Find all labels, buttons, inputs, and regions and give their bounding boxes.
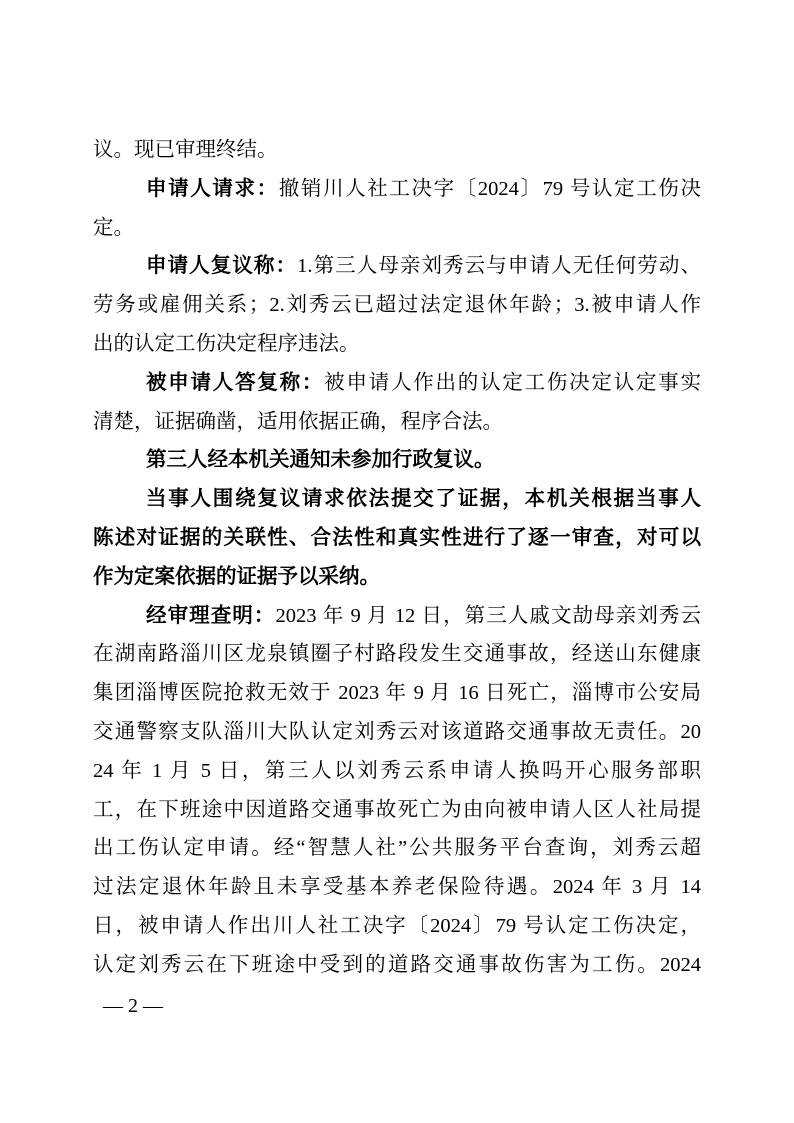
text-segment: 工，在下班途中因道路交通事故死亡为由向被申请人区人社局提 xyxy=(93,799,701,821)
text-segment: 交通警察支队淄川大队认定刘秀云对该道路交通事故无责任。20 xyxy=(93,721,701,743)
text-line: 清楚，证据确凿，适用依据正确，程序合法。 xyxy=(93,403,701,442)
text-segment: 出工伤认定申请。经“智慧人社”公共服务平台查询，刘秀云超 xyxy=(93,837,701,859)
text-segment: 清楚，证据确凿，适用依据正确，程序合法。 xyxy=(93,411,503,433)
text-segment: 2023 年 9 月 12 日，第三人戚文劼母亲刘秀云 xyxy=(276,605,702,627)
bold-text-segment: 作为定案依据的证据予以采纳。 xyxy=(93,565,380,588)
text-segment: 定。 xyxy=(93,217,134,239)
document-body: 议。现已审理终结。申请人请求：撤销川人社工决字〔2024〕79 号认定工伤决定。… xyxy=(93,131,701,985)
text-segment: 被申请人作出的认定工伤决定认定事实 xyxy=(324,372,701,394)
bold-text-segment: 被申请人答复称： xyxy=(146,371,324,394)
bold-text-segment: 申请人复议称： xyxy=(146,254,297,277)
text-line: 经审理查明：2023 年 9 月 12 日，第三人戚文劼母亲刘秀云 xyxy=(93,597,701,636)
text-line: 当事人围绕复议请求依法提交了证据，本机关根据当事人 xyxy=(93,480,701,519)
text-line: 在湖南路淄川区龙泉镇圈子村路段发生交通事故，经送山东健康 xyxy=(93,635,701,674)
bold-text-segment: 陈述对证据的关联性、合法性和真实性进行了逐一审查，对可以 xyxy=(93,526,701,549)
text-line: 出的认定工伤决定程序违法。 xyxy=(93,325,701,364)
text-segment: 认定刘秀云在下班途中受到的道路交通事故伤害为工伤。2024 xyxy=(93,954,701,976)
text-segment: 集团淄博医院抢救无效于 2023 年 9 月 16 日死亡，淄博市公安局 xyxy=(93,682,701,704)
text-segment: 劳务或雇佣关系；2.刘秀云已超过法定退休年龄；3.被申请人作 xyxy=(93,294,701,316)
text-segment: 日，被申请人作出川人社工决字〔2024〕79 号认定工伤决定， xyxy=(93,915,701,937)
text-line: 日，被申请人作出川人社工决字〔2024〕79 号认定工伤决定， xyxy=(93,907,701,946)
bold-text-segment: 申请人请求： xyxy=(146,177,279,200)
text-line: 定。 xyxy=(93,209,701,248)
text-line: 被申请人答复称：被申请人作出的认定工伤决定认定事实 xyxy=(93,364,701,403)
text-line: 作为定案依据的证据予以采纳。 xyxy=(93,558,701,597)
text-line: 集团淄博医院抢救无效于 2023 年 9 月 16 日死亡，淄博市公安局 xyxy=(93,674,701,713)
bold-text-segment: 经审理查明： xyxy=(146,604,276,627)
text-segment: 1.第三人母亲刘秀云与申请人无任何劳动、 xyxy=(297,255,701,277)
text-line: 认定刘秀云在下班途中受到的道路交通事故伤害为工伤。2024 xyxy=(93,946,701,985)
text-segment: 过法定退休年龄且未享受基本养老保险待遇。2024 年 3 月 14 xyxy=(93,876,701,898)
text-line: 申请人复议称：1.第三人母亲刘秀云与申请人无任何劳动、 xyxy=(93,247,701,286)
text-segment: 撤销川人社工决字〔2024〕79 号认定工伤决 xyxy=(279,178,701,200)
text-line: 劳务或雇佣关系；2.刘秀云已超过法定退休年龄；3.被申请人作 xyxy=(93,286,701,325)
text-line: 申请人请求：撤销川人社工决字〔2024〕79 号认定工伤决 xyxy=(93,170,701,209)
text-line: 过法定退休年龄且未享受基本养老保险待遇。2024 年 3 月 14 xyxy=(93,868,701,907)
text-line: 工，在下班途中因道路交通事故死亡为由向被申请人区人社局提 xyxy=(93,791,701,830)
bold-text-segment: 第三人经本机关通知未参加行政复议。 xyxy=(146,448,495,471)
text-line: 陈述对证据的关联性、合法性和真实性进行了逐一审查，对可以 xyxy=(93,519,701,558)
text-segment: 议。现已审理终结。 xyxy=(93,139,278,161)
text-segment: 在湖南路淄川区龙泉镇圈子村路段发生交通事故，经送山东健康 xyxy=(93,643,701,665)
page-number: — 2 — xyxy=(103,993,163,1019)
text-line: 出工伤认定申请。经“智慧人社”公共服务平台查询，刘秀云超 xyxy=(93,829,701,868)
text-line: 24 年 1 月 5 日，第三人以刘秀云系申请人换吗开心服务部职 xyxy=(93,752,701,791)
bold-text-segment: 当事人围绕复议请求依法提交了证据，本机关根据当事人 xyxy=(146,487,701,510)
document-page: 议。现已审理终结。申请人请求：撤销川人社工决字〔2024〕79 号认定工伤决定。… xyxy=(0,0,794,1123)
text-segment: 出的认定工伤决定程序违法。 xyxy=(93,333,360,355)
text-line: 议。现已审理终结。 xyxy=(93,131,701,170)
text-segment: 24 年 1 月 5 日，第三人以刘秀云系申请人换吗开心服务部职 xyxy=(93,760,701,782)
text-line: 交通警察支队淄川大队认定刘秀云对该道路交通事故无责任。20 xyxy=(93,713,701,752)
text-line: 第三人经本机关通知未参加行政复议。 xyxy=(93,441,701,480)
